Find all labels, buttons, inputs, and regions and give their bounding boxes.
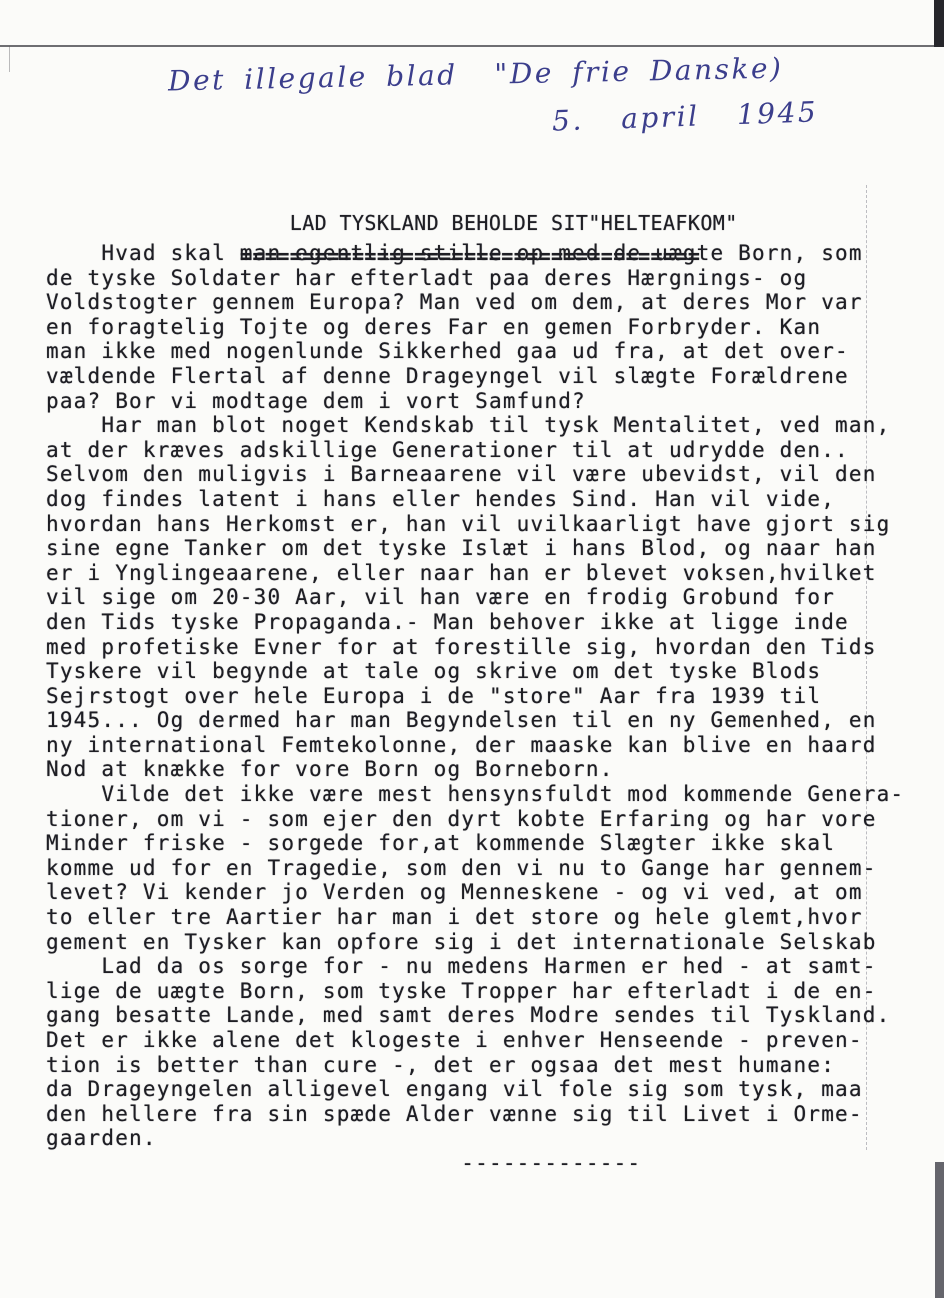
scanned-document-page: Det illegale blad "De frie Danske) 5. ap… — [0, 0, 944, 1298]
handwritten-note-date: 5. april 1945 — [552, 95, 819, 137]
handwritten-note-source: Det illegale blad "De frie Danske) — [168, 52, 784, 98]
article-body-text: Hvad skal man egentlig stille op med de … — [46, 241, 904, 1176]
scan-left-edge-artifact — [9, 46, 10, 72]
scan-edge-line — [0, 45, 944, 47]
article-title: LAD TYSKLAND BEHOLDE SIT"HELTEAFKOM" — [290, 211, 738, 235]
scan-right-edge-artifact — [935, 1162, 944, 1298]
scan-corner-artifact — [934, 0, 944, 47]
